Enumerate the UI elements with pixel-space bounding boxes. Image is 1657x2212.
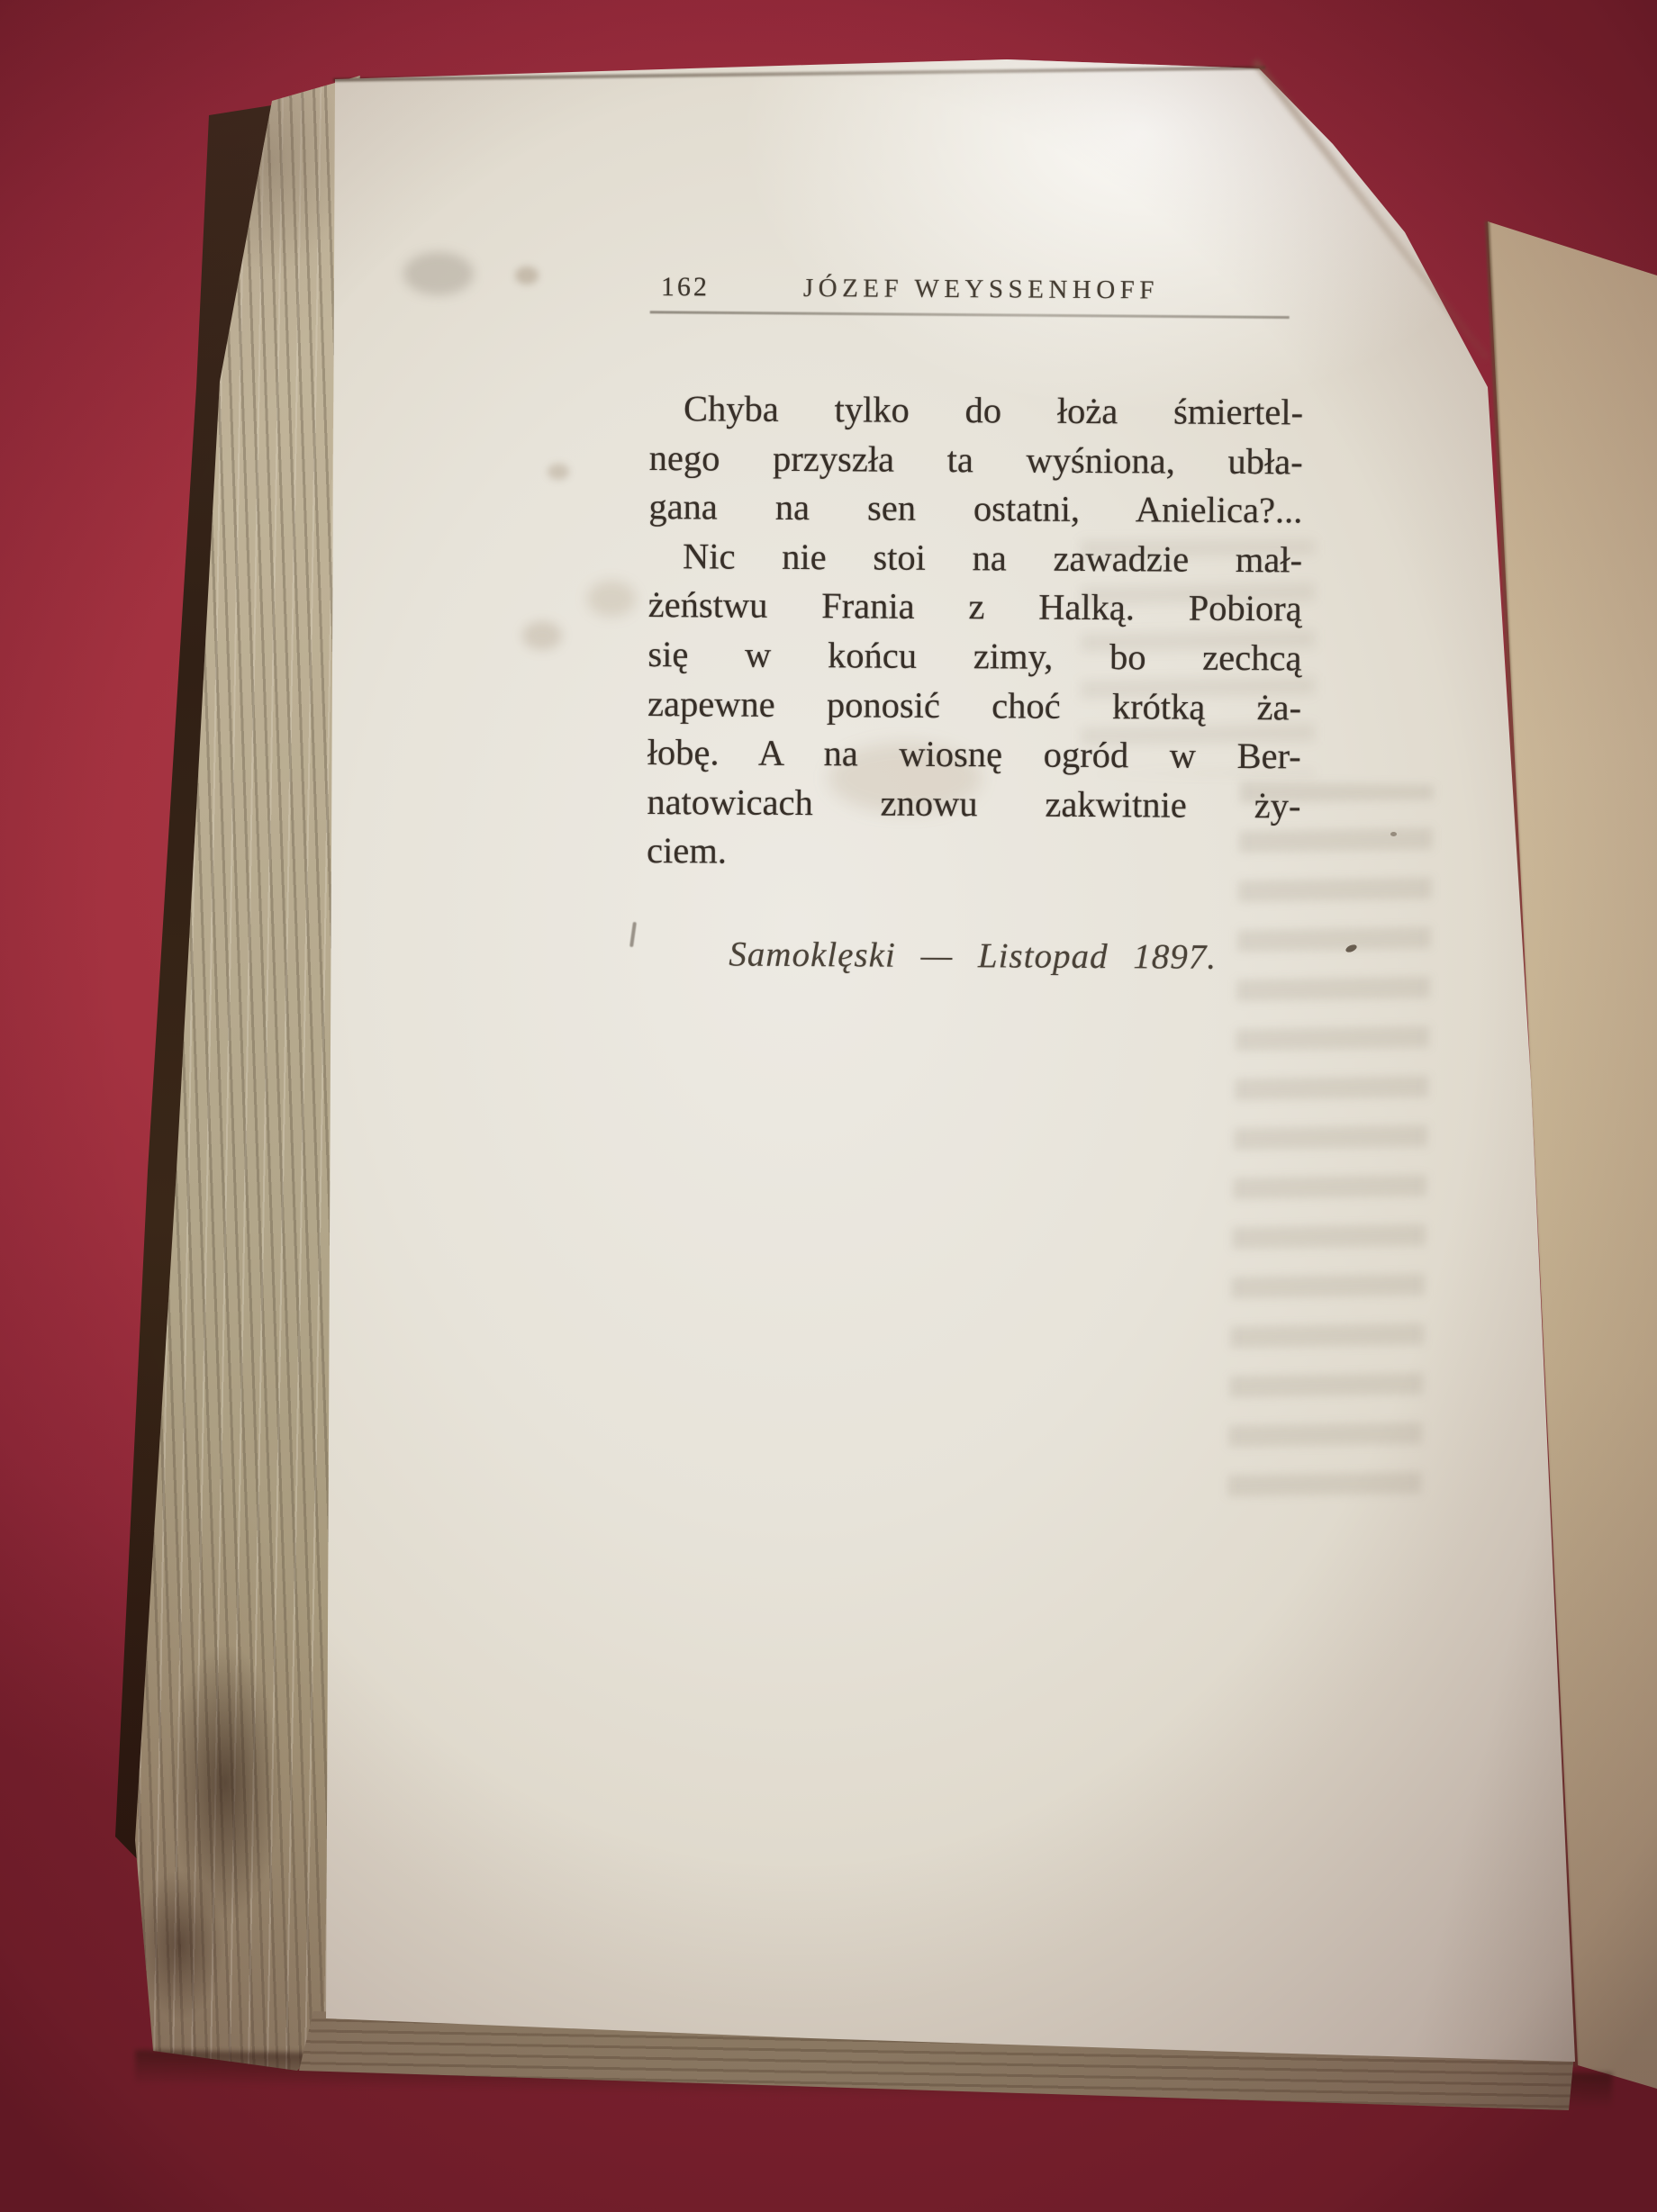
body-text: Chyba tylko do łoża śmiertel- nego przys… — [647, 384, 1303, 880]
text-line: łobę. A na wiosnę ogród w Ber- — [647, 728, 1301, 781]
text-line: ciem. — [647, 826, 1300, 880]
paper-stain — [587, 581, 636, 617]
running-header-title: JÓZEF WEYSSENHOFF — [803, 274, 1159, 305]
page-text: 162 JÓZEF WEYSSENHOFF Chyba tylko do łoż… — [646, 272, 1306, 978]
text-line: żeństwu Frania z Halką. Pobiorą — [648, 581, 1302, 634]
text-line: Chyba tylko do łoża śmiertel- — [649, 384, 1303, 438]
header-rule — [650, 311, 1290, 319]
book-photo-scene: 162 JÓZEF WEYSSENHOFF Chyba tylko do łoż… — [0, 0, 1657, 2212]
text-line: natowicach znowu zakwitnie ży- — [647, 778, 1300, 831]
paper-stain — [403, 252, 474, 295]
text-line: gana na sen ostatni, Anielica?... — [648, 483, 1302, 536]
dateline: Samoklęski — Listopad 1897. — [646, 934, 1301, 978]
running-head: 162 JÓZEF WEYSSENHOFF — [650, 272, 1306, 306]
paper-stain — [515, 266, 539, 284]
paper-stain — [548, 464, 569, 480]
page-number: 162 — [661, 272, 710, 302]
paper-stain — [522, 621, 562, 650]
text-line: się w końcu zimy, bo zechcą — [647, 630, 1301, 683]
text-line: Nic nie stoi na zawadzie mał- — [648, 532, 1302, 585]
text-line: zapewne ponosić choć krótką ża- — [647, 680, 1301, 733]
text-line: nego przyszła ta wyśniona, ubła- — [649, 434, 1303, 487]
